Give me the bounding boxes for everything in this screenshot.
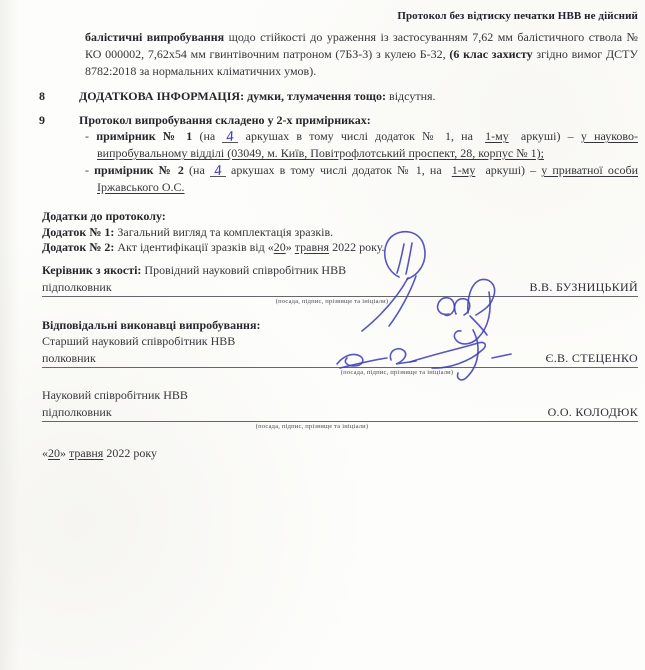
quality-head-role-text: Провідний науковий співробітник НВВ bbox=[141, 263, 346, 277]
section-8-text: ДОДАТКОВА ІНФОРМАЦІЯ: думки, тлумачення … bbox=[79, 88, 638, 104]
attachment-2-label: Додаток № 2: bbox=[42, 240, 114, 254]
attachment-2-month: травня bbox=[295, 240, 329, 254]
signature-caption: (посада, підпис, прізвище та ініціали) bbox=[182, 298, 482, 305]
copy-2-sheets-blank: 4 bbox=[210, 165, 226, 177]
executor-2-rank: підполковник bbox=[42, 405, 112, 420]
copy-2-sheets-handwritten: 4 bbox=[213, 165, 223, 177]
copy-1-line: - примірник № 1 (на 4 аркушах в тому чис… bbox=[85, 128, 638, 162]
executor-2-signature-line: підполковник О.О. КОЛОДЮК bbox=[42, 405, 638, 422]
copy-1-label: примірник № 1 bbox=[96, 129, 192, 143]
attachment-1-line: Додаток № 1: Загальний вигляд та комплек… bbox=[42, 225, 638, 241]
copy-2-line: - примірник № 2 (на 4 аркушах в тому чис… bbox=[85, 162, 638, 196]
copy-2-label: примірник № 2 bbox=[94, 163, 184, 177]
section-8-additional-info: 8 ДОДАТКОВА ІНФОРМАЦІЯ: думки, тлумаченн… bbox=[38, 88, 638, 104]
date-tail: 2022 року bbox=[103, 446, 157, 460]
copy-1-sheets-handwritten: 4 bbox=[226, 131, 236, 143]
document-content: Протокол без відтиску печатки НВВ не дій… bbox=[38, 6, 638, 461]
executor-1-signature-line: полковник Є.В. СТЕЦЕНКО bbox=[42, 351, 638, 368]
executor-1-signature-block: Старший науковий співробітник НВВ полков… bbox=[42, 334, 638, 376]
quality-head-signature-line: підполковник В.В. БУЗНИЦЬКИЙ bbox=[42, 280, 638, 297]
copy-1-post: аркуші) – bbox=[514, 129, 581, 143]
section-8-value: відсутня. bbox=[386, 89, 435, 103]
paragraph-lead-bold: балістичні випробування bbox=[85, 30, 224, 44]
ballistic-test-paragraph: балістичні випробування щодо стійкості д… bbox=[85, 29, 638, 80]
executor-2-position: Науковий співробітник НВВ bbox=[42, 388, 638, 403]
document-date: «20» травня 2022 року bbox=[42, 446, 638, 461]
section-9-title: Протокол випробування складено у 2-х при… bbox=[79, 112, 638, 128]
section-9-copies: 9 Протокол випробування складено у 2-х п… bbox=[38, 112, 638, 128]
copy-1-page: 1-му bbox=[480, 129, 514, 143]
date-sep: » bbox=[60, 446, 69, 460]
attachment-2-line: Додаток № 2: Акт ідентифікації зразків в… bbox=[42, 240, 638, 256]
attachment-2-sep: » bbox=[286, 240, 295, 254]
attachment-2-day: 20 bbox=[274, 240, 286, 254]
section-8-title: ДОДАТКОВА ІНФОРМАЦІЯ: думки, тлумачення … bbox=[79, 89, 386, 103]
copy-1-pre: (на bbox=[192, 129, 222, 143]
scanned-protocol-page: Протокол без відтиску печатки НВВ не дій… bbox=[0, 0, 645, 670]
executor-1-position: Старший науковий співробітник НВВ bbox=[42, 334, 638, 349]
copy-1-sheets-blank: 4 bbox=[222, 131, 238, 143]
section-9-number: 9 bbox=[38, 112, 79, 128]
copy-2-page: 1-му bbox=[447, 163, 481, 177]
copy-1-dash: - bbox=[85, 129, 96, 143]
quality-head-role-label: Керівник з якості: bbox=[42, 263, 141, 277]
executor-2-signature-block: Науковий співробітник НВВ підполковник О… bbox=[42, 388, 638, 430]
copy-1-mid: аркушах в тому числі додаток № 1, на bbox=[238, 129, 480, 143]
attachment-2-tail: 2022 року. bbox=[329, 240, 384, 254]
protection-class-bold: (6 клас захисту bbox=[449, 47, 532, 61]
executor-1-rank: полковник bbox=[42, 351, 96, 366]
section-8-number: 8 bbox=[38, 88, 79, 104]
signature-caption: (посада, підпис, прізвище та ініціали) bbox=[247, 369, 547, 376]
quality-head-role-line: Керівник з якості: Провідний науковий сп… bbox=[42, 263, 638, 278]
validity-note: Протокол без відтиску печатки НВВ не дій… bbox=[38, 10, 638, 22]
attachment-1-label: Додаток № 1: bbox=[42, 225, 114, 239]
attachment-2-pre: Акт ідентифікації зразків від « bbox=[114, 240, 273, 254]
quality-head-name: В.В. БУЗНИЦЬКИЙ bbox=[529, 280, 638, 295]
date-month: травня bbox=[69, 446, 103, 460]
copy-2-mid: аркушах в тому числі додаток № 1, на bbox=[226, 163, 447, 177]
attachments-section: Додатки до протоколу: Додаток № 1: Загал… bbox=[42, 209, 638, 256]
executors-title: Відповідальні виконавці випробування: bbox=[42, 318, 638, 333]
executor-1-name: Є.В. СТЕЦЕНКО bbox=[545, 351, 638, 366]
copy-2-pre: (на bbox=[184, 163, 210, 177]
signature-caption: (посада, підпис, прізвище та ініціали) bbox=[162, 423, 462, 430]
executor-2-name: О.О. КОЛОДЮК bbox=[548, 405, 638, 420]
date-day: 20 bbox=[48, 446, 60, 460]
quality-head-rank: підполковник bbox=[42, 280, 112, 295]
copy-2-post: аркуші) – bbox=[480, 163, 541, 177]
attachments-title: Додатки до протоколу: bbox=[42, 209, 638, 225]
attachment-1-text: Загальний вигляд та комплектація зразків… bbox=[114, 225, 333, 239]
copy-2-dash: - bbox=[85, 163, 94, 177]
quality-head-signature-block: Керівник з якості: Провідний науковий сп… bbox=[42, 263, 638, 305]
